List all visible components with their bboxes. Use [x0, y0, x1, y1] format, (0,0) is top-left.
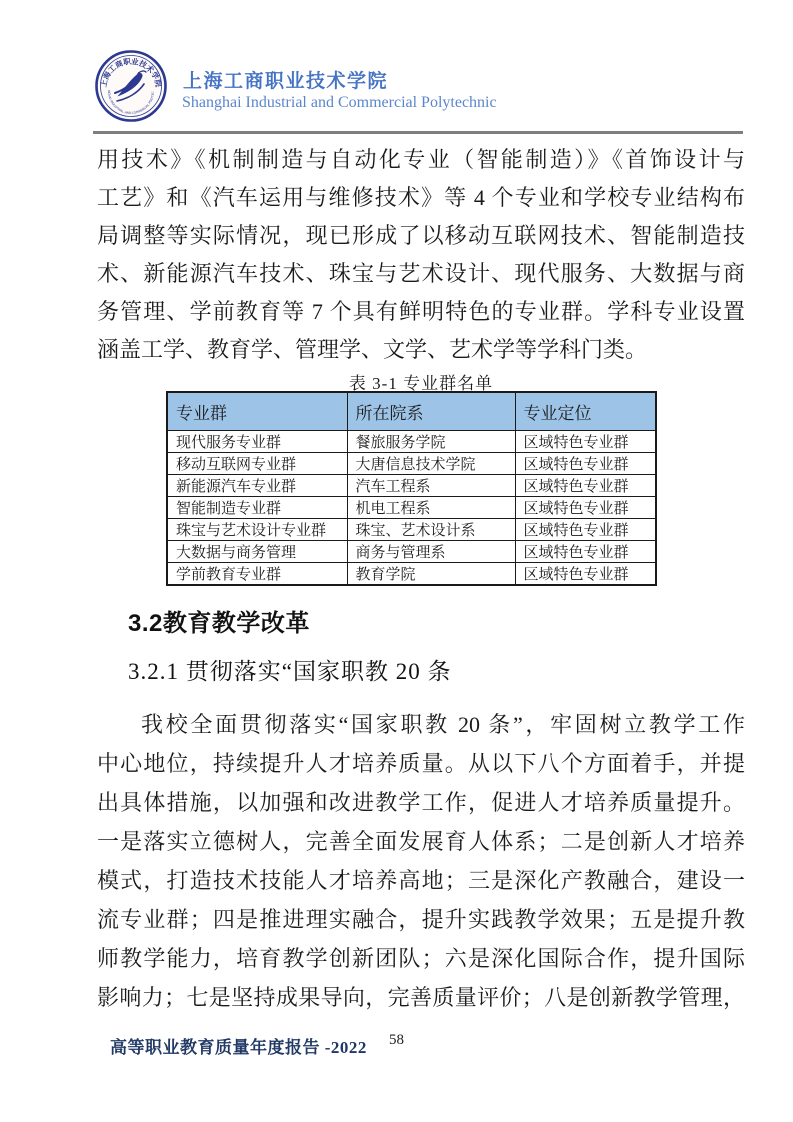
- school-name-en: Shanghai Industrial and Commercial Polyt…: [182, 94, 497, 112]
- paragraph-line: 涵盖工学、教育学、管理学、文学、艺术学等学科门类。: [97, 331, 745, 369]
- table-cell: 餐旅服务学院: [347, 431, 515, 453]
- table-cell: 区域特色专业群: [515, 541, 656, 563]
- column-header: 所在院系: [347, 392, 515, 431]
- section-heading-3-2: 3.2教育教学改革: [128, 603, 310, 638]
- school-seal-icon: 上海工商职业技术学院 SHANGHAI INDUSTRIAL AND COMME…: [94, 49, 168, 123]
- table-row: 现代服务专业群餐旅服务学院区域特色专业群: [167, 431, 656, 453]
- table-cell: 学前教育专业群: [167, 563, 347, 586]
- table-cell: 区域特色专业群: [515, 497, 656, 519]
- body-paragraph: 我校全面贯彻落实“国家职教 20 条”，牢固树立教学工作中心地位，持续提升人才培…: [97, 705, 745, 1017]
- table-cell: 区域特色专业群: [515, 519, 656, 541]
- header-divider: [93, 131, 743, 134]
- table-header-row: 专业群所在院系专业定位: [167, 392, 656, 431]
- section-heading-3-2-1: 3.2.1 贯彻落实“国家职教 20 条: [128, 653, 451, 686]
- table-row: 智能制造专业群机电工程系区域特色专业群: [167, 497, 656, 519]
- column-header: 专业定位: [515, 392, 656, 431]
- table-cell: 商务与管理系: [347, 541, 515, 563]
- table-cell: 现代服务专业群: [167, 431, 347, 453]
- table-row: 新能源汽车专业群汽车工程系区域特色专业群: [167, 475, 656, 497]
- paragraph-line: 模式，打造技术技能人才培养高地；三是深化产教融合，建设一: [97, 861, 745, 900]
- paragraph-line: 局调整等实际情况，现已形成了以移动互联网技术、智能制造技: [97, 217, 745, 255]
- table-cell: 区域特色专业群: [515, 431, 656, 453]
- paragraph-line: 用技术》《机制制造与自动化专业（智能制造）》《首饰设计与: [97, 141, 745, 179]
- table-cell: 汽车工程系: [347, 475, 515, 497]
- table-body: 现代服务专业群餐旅服务学院区域特色专业群移动互联网专业群大唐信息技术学院区域特色…: [167, 431, 656, 586]
- table-cell: 教育学院: [347, 563, 515, 586]
- paragraph-line: 师教学能力，培育教学创新团队；六是深化国际合作，提升国际: [97, 939, 745, 978]
- table-cell: 智能制造专业群: [167, 497, 347, 519]
- table-cell: 新能源汽车专业群: [167, 475, 347, 497]
- table-cell: 区域特色专业群: [515, 563, 656, 586]
- paragraph-line: 中心地位，持续提升人才培养质量。从以下八个方面着手，并提: [97, 744, 745, 783]
- table-cell: 移动互联网专业群: [167, 453, 347, 475]
- table-row: 移动互联网专业群大唐信息技术学院区域特色专业群: [167, 453, 656, 475]
- table-cell: 珠宝与艺术设计专业群: [167, 519, 347, 541]
- paragraph-line: 流专业群；四是推进理实融合，提升实践教学效果；五是提升教: [97, 900, 745, 939]
- paragraph-line: 出具体措施，以加强和改进教学工作，促进人才培养质量提升。: [97, 783, 745, 822]
- table-cell: 区域特色专业群: [515, 475, 656, 497]
- table-row: 大数据与商务管理商务与管理系区域特色专业群: [167, 541, 656, 563]
- paragraph-line: 术、新能源汽车技术、珠宝与艺术设计、现代服务、大数据与商: [97, 255, 745, 293]
- table-cell: 珠宝、艺术设计系: [347, 519, 515, 541]
- document-page: 上海工商职业技术学院 SHANGHAI INDUSTRIAL AND COMME…: [0, 0, 793, 1122]
- paragraph-line: 我校全面贯彻落实“国家职教 20 条”，牢固树立教学工作: [97, 705, 745, 744]
- table-row: 学前教育专业群教育学院区域特色专业群: [167, 563, 656, 586]
- column-header: 专业群: [167, 392, 347, 431]
- school-name-zh: 上海工商职业技术学院: [183, 66, 388, 93]
- paragraph-line: 影响力；七是坚持成果导向，完善质量评价；八是创新教学管理，: [97, 978, 745, 1017]
- intro-paragraph: 用技术》《机制制造与自动化专业（智能制造）》《首饰设计与工艺》和《汽车运用与维修…: [97, 141, 745, 369]
- table-cell: 大唐信息技术学院: [347, 453, 515, 475]
- table-cell: 大数据与商务管理: [167, 541, 347, 563]
- table-cell: 区域特色专业群: [515, 453, 656, 475]
- table-row: 珠宝与艺术设计专业群珠宝、艺术设计系区域特色专业群: [167, 519, 656, 541]
- page-number: 58: [0, 1032, 793, 1049]
- table-cell: 机电工程系: [347, 497, 515, 519]
- specialty-group-table: 专业群所在院系专业定位 现代服务专业群餐旅服务学院区域特色专业群移动互联网专业群…: [166, 391, 657, 586]
- paragraph-line: 务管理、学前教育等 7 个具有鲜明特色的专业群。学科专业设置: [97, 293, 745, 331]
- paragraph-line: 一是落实立德树人，完善全面发展育人体系；二是创新人才培养: [97, 822, 745, 861]
- paragraph-line: 工艺》和《汽车运用与维修技术》等 4 个专业和学校专业结构布: [97, 179, 745, 217]
